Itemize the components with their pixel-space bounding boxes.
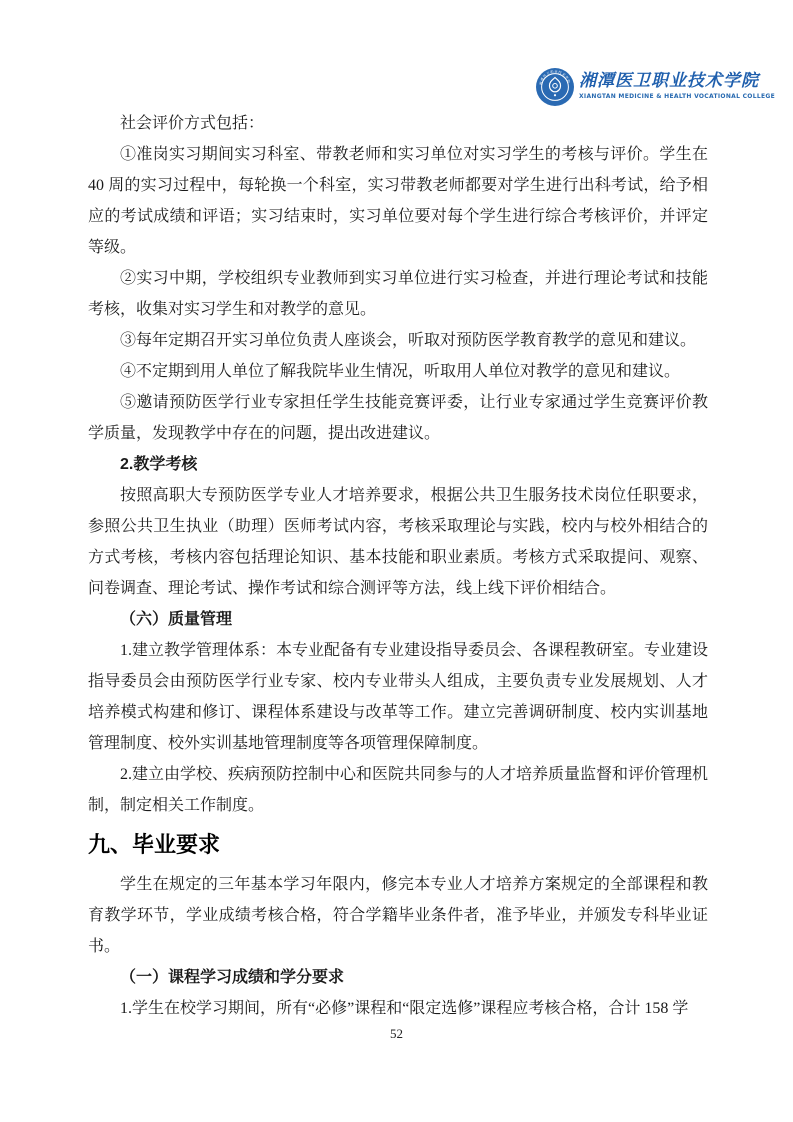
paragraph-social-evaluation-item-2: ②实习中期，学校组织专业教师到实习单位进行实习检查，并进行理论考试和技能考核，收… xyxy=(88,263,708,325)
paragraph-quality-management-2: 2.建立由学校、疾病预防控制中心和医院共同参与的人才培养质量监督和评价管理机制，… xyxy=(88,759,708,821)
college-name-cn: 湘潭医卫职业技术学院 xyxy=(579,71,775,92)
college-name-block: 湘潭医卫职业技术学院 XIANGTAN MEDICINE & HEALTH VO… xyxy=(579,68,775,100)
page-number: 52 xyxy=(0,1026,793,1042)
paragraph-social-evaluation-item-3: ③每年定期召开实习单位负责人座谈会，听取对预防医学教育教学的意见和建议。 xyxy=(88,325,708,356)
subheading-quality-management: （六）质量管理 xyxy=(88,604,708,635)
paragraph-quality-management-1: 1.建立教学管理体系：本专业配备有专业建设指导委员会、各课程教研室。专业建设指导… xyxy=(88,635,708,759)
paragraph-course-credit-requirements-1: 1.学生在校学习期间，所有“必修”课程和“限定选修”课程应考核合格，合计 158… xyxy=(88,993,708,1024)
paragraph-social-evaluation-item-4: ④不定期到用人单位了解我院毕业生情况，听取用人单位对教学的意见和建议。 xyxy=(88,356,708,387)
document-body: 社会评价方式包括： ①准岗实习期间实习科室、带教老师和实习单位对实习学生的考核与… xyxy=(88,108,708,1024)
subheading-teaching-assessment: 2.教学考核 xyxy=(88,449,708,480)
chapter-heading-graduation-requirements: 九、毕业要求 xyxy=(88,826,708,864)
college-name-en: XIANGTAN MEDICINE & HEALTH VOCATIONAL CO… xyxy=(579,93,775,100)
paragraph-social-evaluation-intro: 社会评价方式包括： xyxy=(88,108,708,139)
college-emblem-icon: 湘潭医卫职业技术学院 xyxy=(536,68,574,106)
paragraph-social-evaluation-item-5: ⑤邀请预防医学行业专家担任学生技能竞赛评委，让行业专家通过学生竞赛评价教学质量，… xyxy=(88,387,708,449)
paragraph-teaching-assessment-body: 按照高职大专预防医学专业人才培养要求，根据公共卫生服务技术岗位任职要求，参照公共… xyxy=(88,480,708,604)
paragraph-graduation-requirements-intro: 学生在规定的三年基本学习年限内，修完本专业人才培养方案规定的全部课程和教育教学环… xyxy=(88,869,708,962)
subheading-course-credit-requirements: （一）课程学习成绩和学分要求 xyxy=(88,962,708,993)
document-page: 湘潭医卫职业技术学院 湘潭医卫职业技术学院 XIANGTAN MEDICINE … xyxy=(0,0,793,1122)
paragraph-social-evaluation-item-1: ①准岗实习期间实习科室、带教老师和实习单位对实习学生的考核与评价。学生在 40 … xyxy=(88,139,708,263)
college-logo: 湘潭医卫职业技术学院 湘潭医卫职业技术学院 XIANGTAN MEDICINE … xyxy=(536,68,775,106)
